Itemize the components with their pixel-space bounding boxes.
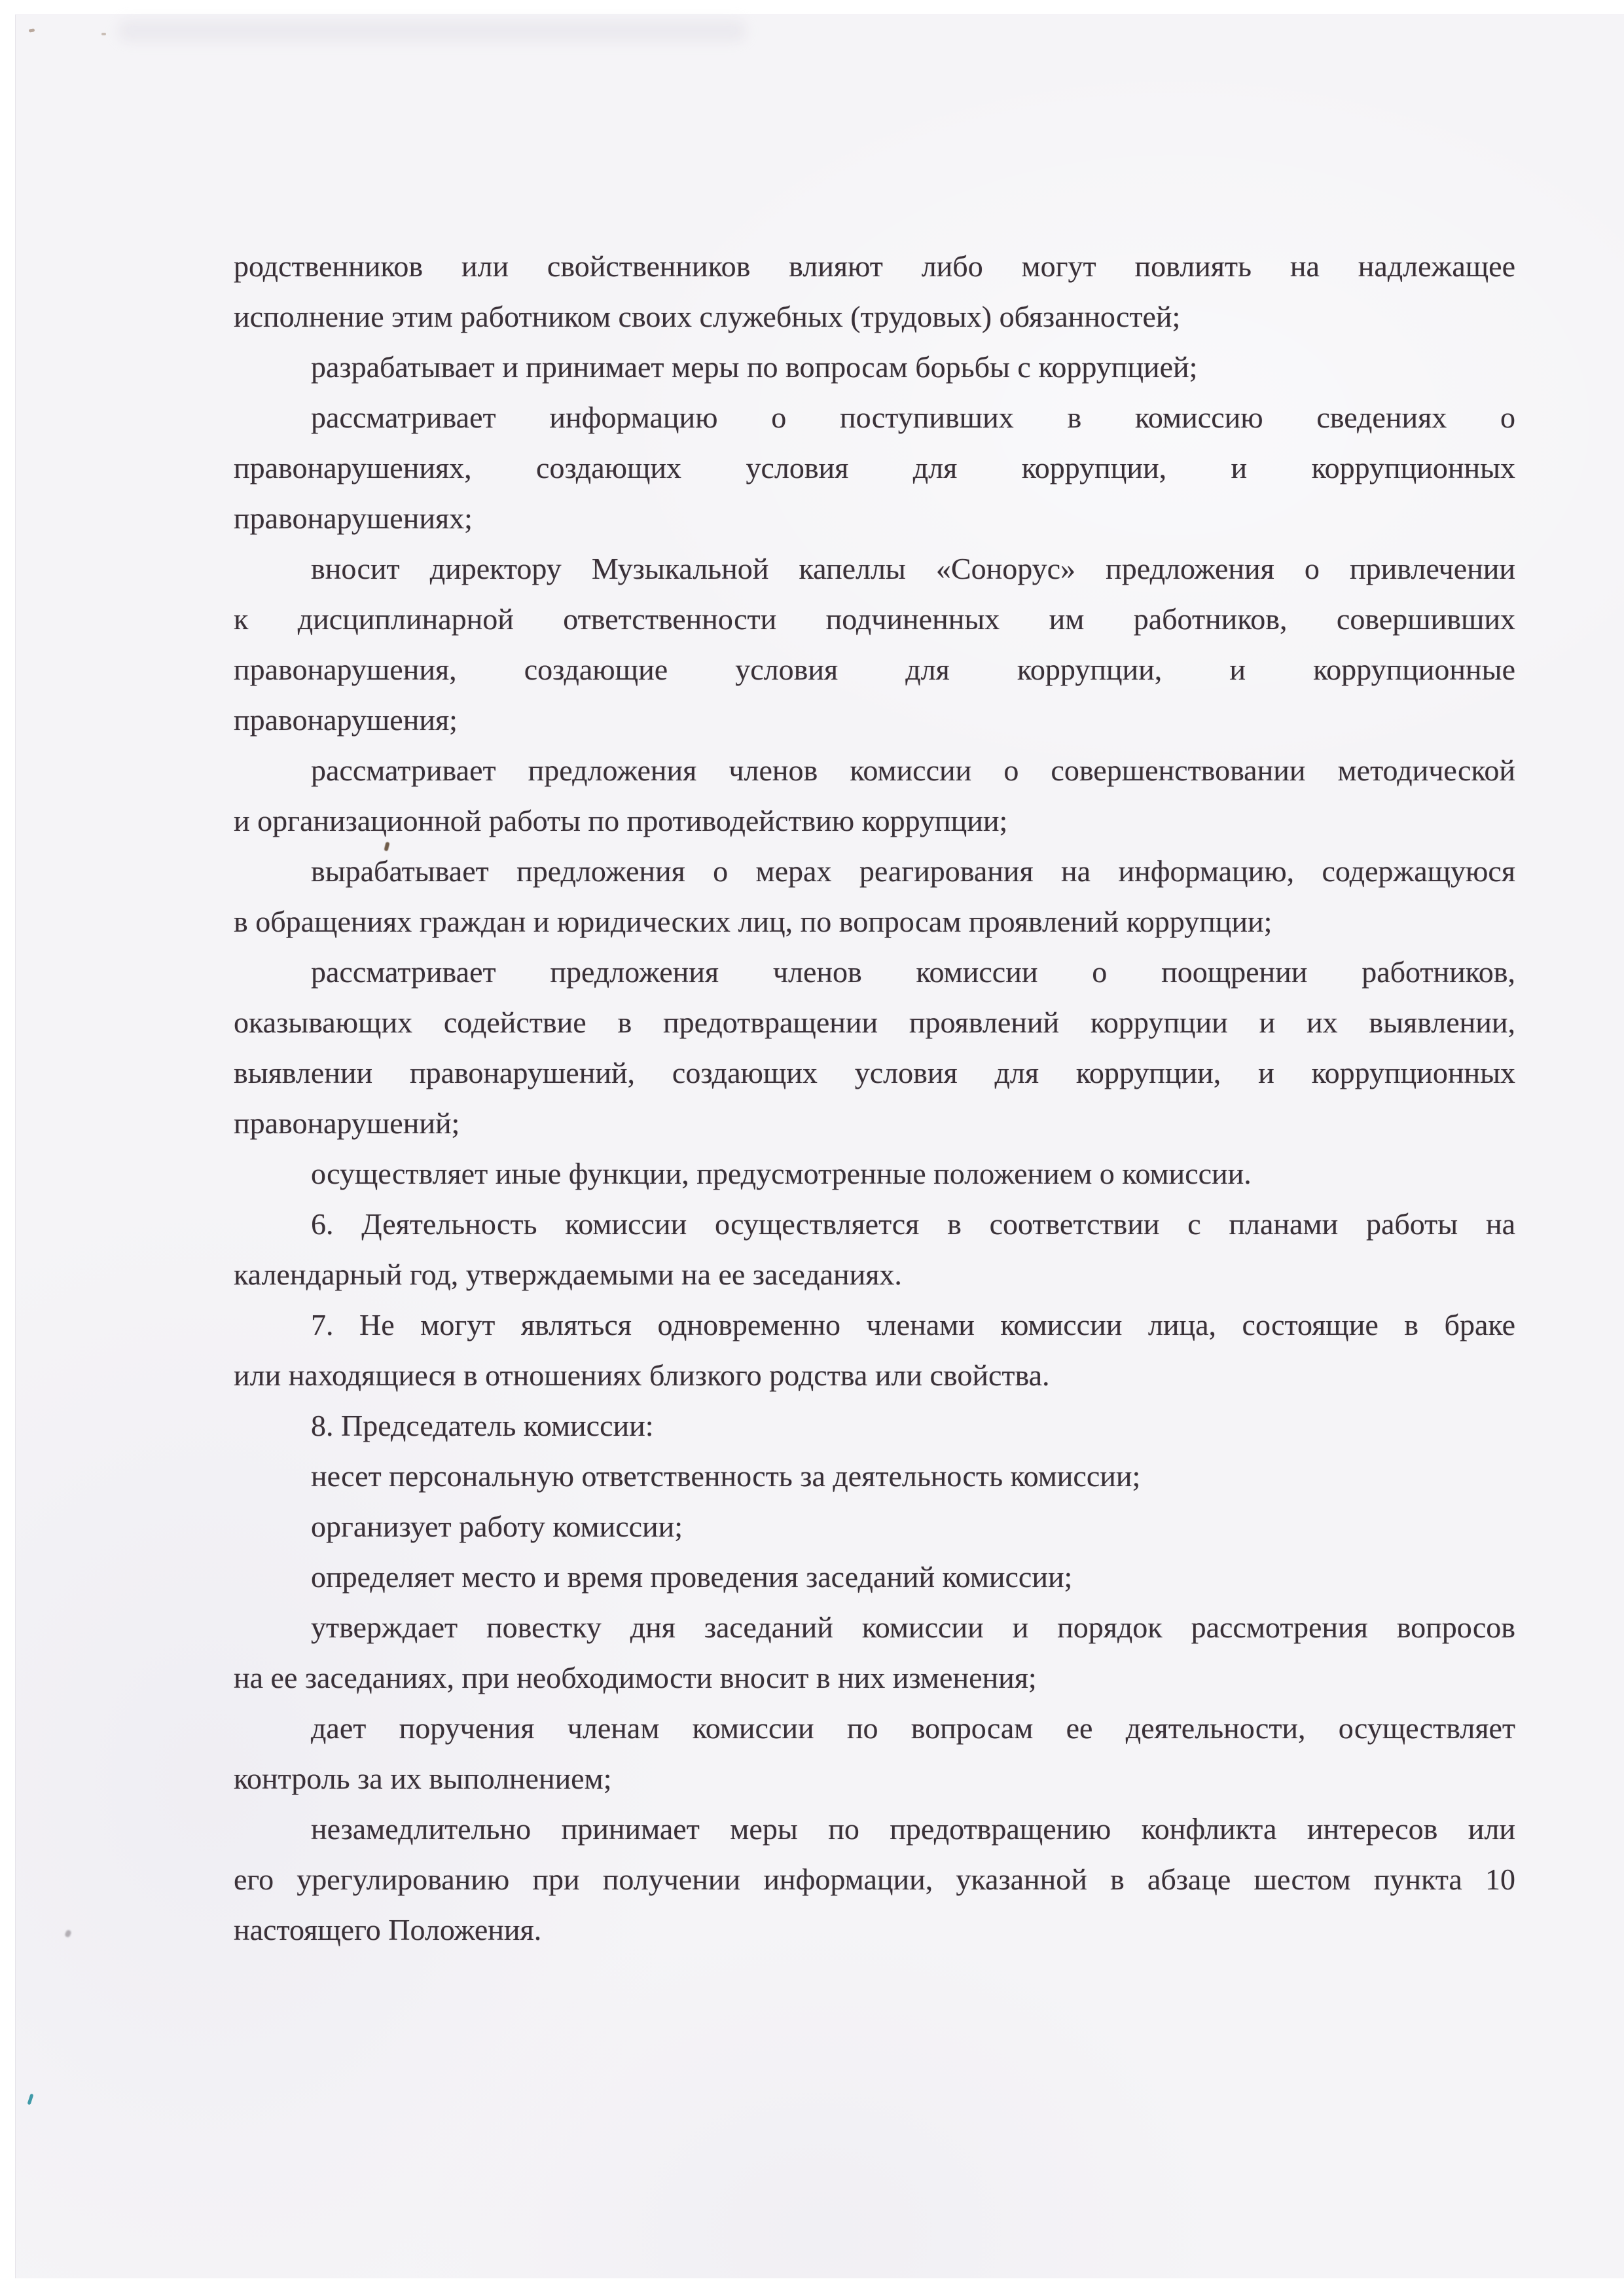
text-line: 6. Деятельность комиссии осуществляется … xyxy=(234,1199,1515,1249)
text-line: правонарушениях; xyxy=(234,493,1515,543)
paragraph: осуществляет иные функции, предусмотренн… xyxy=(234,1148,1515,1199)
text-line: несет персональную ответственность за де… xyxy=(234,1451,1515,1501)
text-line: к дисциплинарной ответственности подчине… xyxy=(234,594,1515,644)
text-line: незамедлительно принимает меры по предот… xyxy=(234,1804,1515,1854)
paragraph: разрабатывает и принимает меры по вопрос… xyxy=(234,342,1515,392)
paragraph: вносит директору Музыкальной капеллы «Со… xyxy=(234,543,1515,745)
text-line: вносит директору Музыкальной капеллы «Со… xyxy=(234,543,1515,594)
paragraph: вырабатывает предложения о мерах реагиро… xyxy=(234,846,1515,947)
scan-canvas: родственников или свойственников влияют … xyxy=(0,0,1624,2296)
text-line: рассматривает предложения членов комисси… xyxy=(234,947,1515,997)
paragraph: организует работу комиссии; xyxy=(234,1501,1515,1552)
text-line: рассматривает информацию о поступивших в… xyxy=(234,392,1515,443)
paragraph: рассматривает предложения членов комисси… xyxy=(234,745,1515,846)
text-line: правонарушения, создающие условия для ко… xyxy=(234,644,1515,695)
text-line: оказывающих содействие в предотвращении … xyxy=(234,997,1515,1048)
text-line: исполнение этим работником своих служебн… xyxy=(234,291,1515,342)
paragraph: дает поручения членам комиссии по вопрос… xyxy=(234,1703,1515,1804)
paragraph: несет персональную ответственность за де… xyxy=(234,1451,1515,1501)
text-line: правонарушения; xyxy=(234,695,1515,745)
text-line: выявлении правонарушений, создающих усло… xyxy=(234,1048,1515,1098)
text-line: или находящиеся в отношениях близкого ро… xyxy=(234,1350,1515,1400)
paragraph: 6. Деятельность комиссии осуществляется … xyxy=(234,1199,1515,1300)
paragraph: 8. Председатель комиссии: xyxy=(234,1400,1515,1451)
text-line: вырабатывает предложения о мерах реагиро… xyxy=(234,846,1515,896)
text-line: правонарушений; xyxy=(234,1098,1515,1148)
text-line: правонарушениях, создающих условия для к… xyxy=(234,443,1515,493)
paragraph: определяет место и время проведения засе… xyxy=(234,1552,1515,1602)
text-line: определяет место и время проведения засе… xyxy=(234,1552,1515,1602)
text-line: 7. Не могут являться одновременно членам… xyxy=(234,1300,1515,1350)
text-line: 8. Председатель комиссии: xyxy=(234,1400,1515,1451)
text-line: в обращениях граждан и юридических лиц, … xyxy=(234,896,1515,947)
paragraph: рассматривает информацию о поступивших в… xyxy=(234,392,1515,543)
text-line: дает поручения членам комиссии по вопрос… xyxy=(234,1703,1515,1753)
paragraph: утверждает повестку дня заседаний комисс… xyxy=(234,1602,1515,1703)
paragraph: 7. Не могут являться одновременно членам… xyxy=(234,1300,1515,1400)
text-line: на ее заседаниях, при необходимости внос… xyxy=(234,1652,1515,1703)
text-block: родственников или свойственников влияют … xyxy=(234,241,1515,1955)
text-line: осуществляет иные функции, предусмотренн… xyxy=(234,1148,1515,1199)
text-line: контроль за их выполнением; xyxy=(234,1753,1515,1804)
text-line: настоящего Положения. xyxy=(234,1904,1515,1955)
text-line: организует работу комиссии; xyxy=(234,1501,1515,1552)
text-line: разрабатывает и принимает меры по вопрос… xyxy=(234,342,1515,392)
text-line: его урегулированию при получении информа… xyxy=(234,1854,1515,1904)
paragraph: незамедлительно принимает меры по предот… xyxy=(234,1804,1515,1955)
text-line: и организационной работы по противодейст… xyxy=(234,795,1515,846)
text-line: календарный год, утверждаемыми на ее зас… xyxy=(234,1249,1515,1300)
text-line: утверждает повестку дня заседаний комисс… xyxy=(234,1602,1515,1652)
paragraph: рассматривает предложения членов комисси… xyxy=(234,947,1515,1148)
text-line: родственников или свойственников влияют … xyxy=(234,241,1515,291)
paragraph: родственников или свойственников влияют … xyxy=(234,241,1515,342)
text-line: рассматривает предложения членов комисси… xyxy=(234,745,1515,795)
